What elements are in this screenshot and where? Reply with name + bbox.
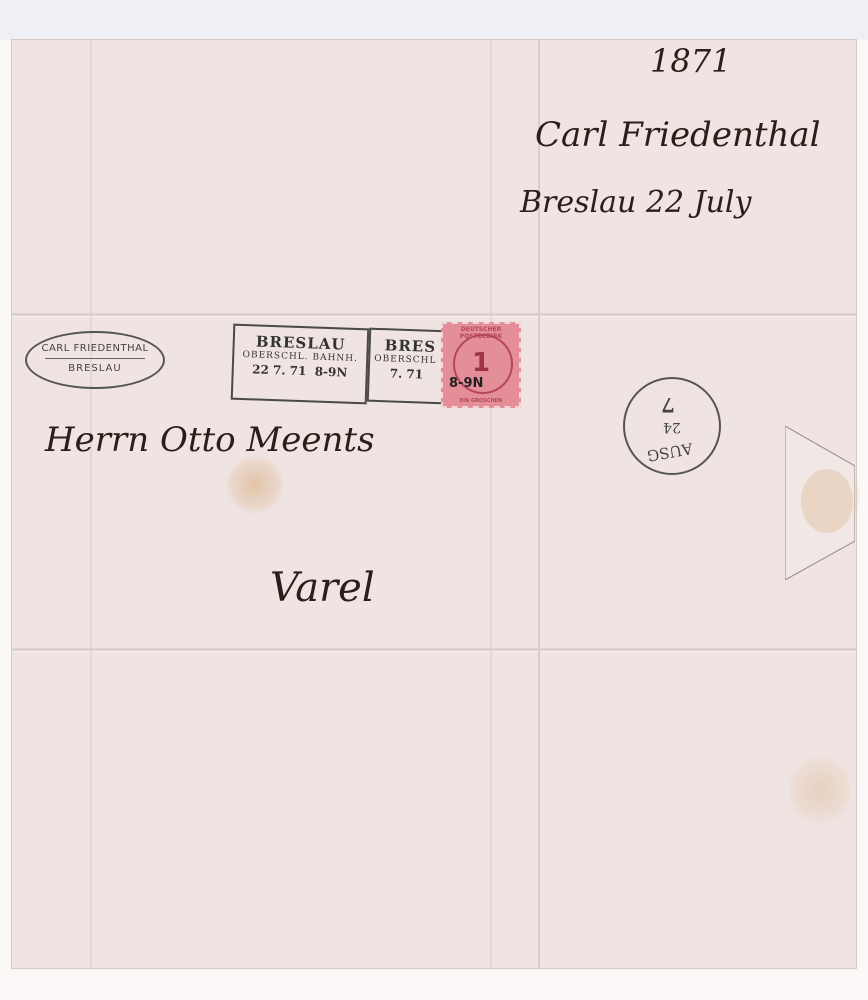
fold-line-center-a (490, 40, 492, 968)
fold-line-upper (12, 313, 856, 316)
handstamp-city: BRESLAU (27, 363, 163, 374)
fold-line-left (90, 40, 92, 968)
background-top (0, 0, 868, 40)
handstamp-name: CARL FRIEDENTHAL (27, 343, 163, 354)
sender-handstamp: CARL FRIEDENTHAL BRESLAU (25, 331, 165, 389)
postmark-time: 8-9N (314, 365, 347, 380)
stamp-bottom-text: EIN GROSCHEN (443, 398, 519, 404)
seal-flap (785, 426, 855, 580)
postage-stamp: DEUTSCHER POSTBEZIRK 1 8-9N EIN GROSCHEN (441, 322, 521, 408)
fold-line-lower (12, 648, 856, 651)
stain (225, 455, 285, 515)
postmark-box-1: BRESLAU OBERSCHL. BAHNH. 22 7. 71 8-9N (231, 324, 370, 405)
stamp-value: 1 (443, 348, 519, 378)
stamp-cancel-time: 8-9N (449, 376, 483, 391)
arrival-month: 7 (661, 393, 675, 417)
address-recipient: Herrn Otto Meents (45, 420, 375, 460)
address-destination: Varel (270, 565, 375, 611)
arrival-postmark: 7 24 AUSG (623, 377, 721, 475)
docket-place-date: Breslau 22 July (520, 185, 751, 220)
postmark-date-time: 22 7. 71 8-9N (234, 362, 366, 381)
arrival-text: AUSG (646, 439, 694, 465)
docket-sender: Carl Friedenthal (535, 115, 821, 155)
postmark-date: 22 7. 71 (252, 362, 307, 378)
handstamp-divider (45, 358, 145, 359)
year-note: 1871 (650, 42, 731, 80)
stain (790, 750, 850, 830)
arrival-day: 24 (663, 419, 681, 435)
fold-line-center-b (538, 40, 540, 968)
letter-sheet (12, 40, 856, 968)
